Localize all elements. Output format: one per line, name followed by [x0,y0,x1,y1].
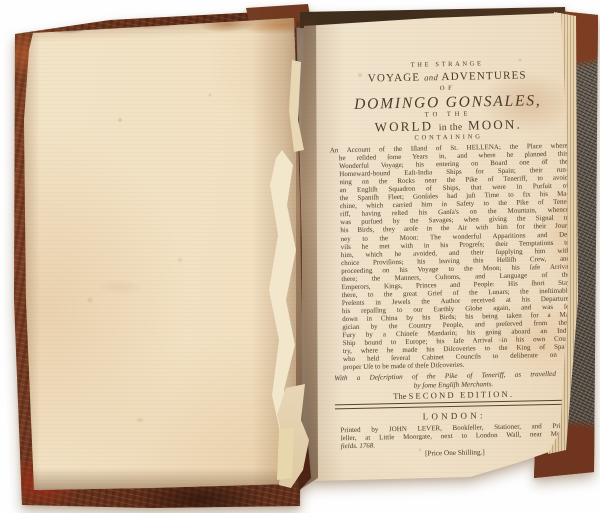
edition-prefix: The [393,391,406,401]
title-line: VOYAGE and ADVENTURES [328,69,566,85]
edition-emphasis: SECOND EDITION. [408,389,514,401]
photo-stage: THE STRANGE VOYAGE and ADVENTURES OF DOM… [0,0,600,513]
title-page-text: THE STRANGE VOYAGE and ADVENTURES OF DOM… [328,58,574,460]
world-word: WORLD [375,118,434,134]
title-conjunction: and [424,72,438,82]
imprint-city: LONDON: [335,409,573,423]
imprint-statement: Printed by JOHN LEVER, Bookſeller, Stati… [335,421,573,450]
title-word: ADVENTURES [441,69,527,83]
open-book: THE STRANGE VOYAGE and ADVENTURES OF DOM… [0,0,600,513]
moon-word: MOON. [468,117,522,133]
in-the-words: in the [439,123,463,133]
title-word: VOYAGE [368,71,421,84]
contents-summary: An Account of the Iſland of St. HELLENA;… [330,142,572,372]
